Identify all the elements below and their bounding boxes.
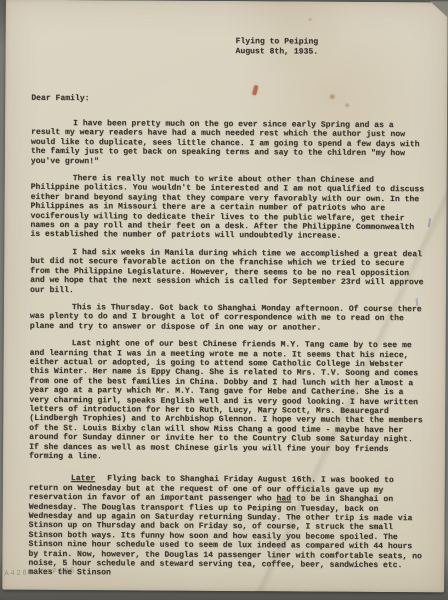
letter-heading: Flying to Peiping August 8th, 1935. bbox=[235, 37, 318, 58]
heading-title: Flying to Peiping bbox=[236, 37, 319, 48]
corner-fold bbox=[423, 1, 448, 21]
final-paragraph-text: to be in Shanghai on Wednesday. The Doug… bbox=[28, 495, 422, 578]
letter-page: Flying to Peiping August 8th, 1935. Dear… bbox=[2, 0, 448, 592]
foxing-stain bbox=[308, 18, 313, 22]
letter-paragraph: This is Thursday. Got back to Shanghai M… bbox=[30, 303, 426, 334]
letter-paragraph: There is really not much to write about … bbox=[30, 174, 426, 242]
foxing-stain bbox=[344, 103, 350, 108]
scan-background: Flying to Peiping August 8th, 1935. Dear… bbox=[0, 0, 448, 600]
salutation: Dear Family: bbox=[31, 94, 89, 104]
foxing-stain bbox=[328, 94, 336, 100]
heading-date: August 8th, 1935. bbox=[235, 47, 318, 58]
letter-paragraph: Last night one of our best Chinese frien… bbox=[29, 339, 426, 464]
blue-pencil-mark bbox=[428, 218, 431, 227]
underlined-word: had bbox=[276, 495, 291, 504]
letter-body: I have been pretty much on the go ever s… bbox=[28, 119, 427, 588]
red-ink-smudge bbox=[252, 85, 258, 96]
letter-paragraph: I had six weeks in Manila during which t… bbox=[30, 248, 426, 297]
later-label: Later bbox=[71, 474, 95, 483]
letter-paragraph-final: LaterFlying back to Shanghai Friday Augu… bbox=[28, 474, 425, 580]
letter-paragraph: I have been pretty much on the go ever s… bbox=[31, 119, 427, 168]
